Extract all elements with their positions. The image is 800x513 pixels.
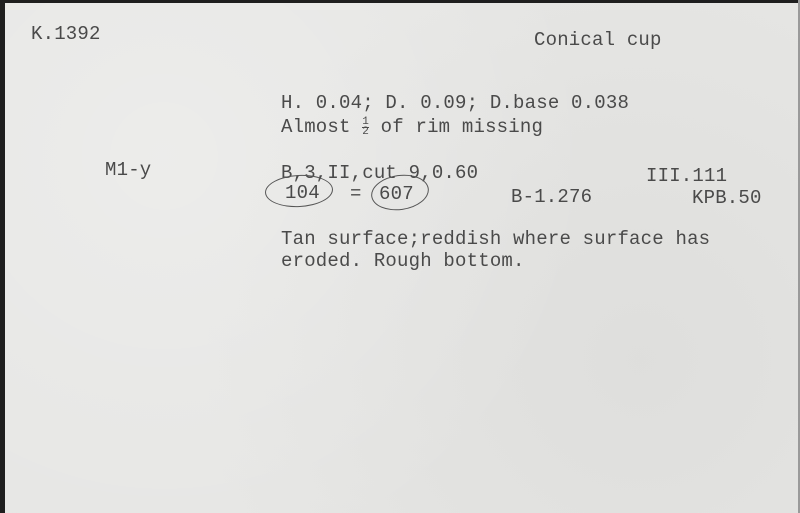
condition-prefix: Almost — [281, 116, 351, 138]
catalog-card: K.1392 Conical cup H. 0.04; D. 0.09; D.b… — [5, 3, 800, 513]
object-name: Conical cup — [534, 30, 662, 50]
plate-ref: III.111 — [646, 166, 727, 186]
description-line-2: eroded. Rough bottom. — [281, 251, 525, 271]
inventory-ref: B-1.276 — [511, 187, 592, 207]
type-code: M1-y — [105, 160, 151, 180]
publication-ref: KPB.50 — [692, 188, 762, 208]
condition-suffix: of rim missing — [381, 116, 543, 138]
dimensions: H. 0.04; D. 0.09; D.base 0.038 — [281, 93, 629, 113]
condition: Almost 12 of rim missing — [281, 117, 543, 137]
description-line-1: Tan surface;reddish where surface has — [281, 229, 710, 249]
catalog-number: K.1392 — [31, 24, 101, 44]
fraction-half: 12 — [362, 118, 369, 137]
equals-sign: = — [350, 184, 362, 204]
pen-circle-left — [264, 173, 334, 209]
